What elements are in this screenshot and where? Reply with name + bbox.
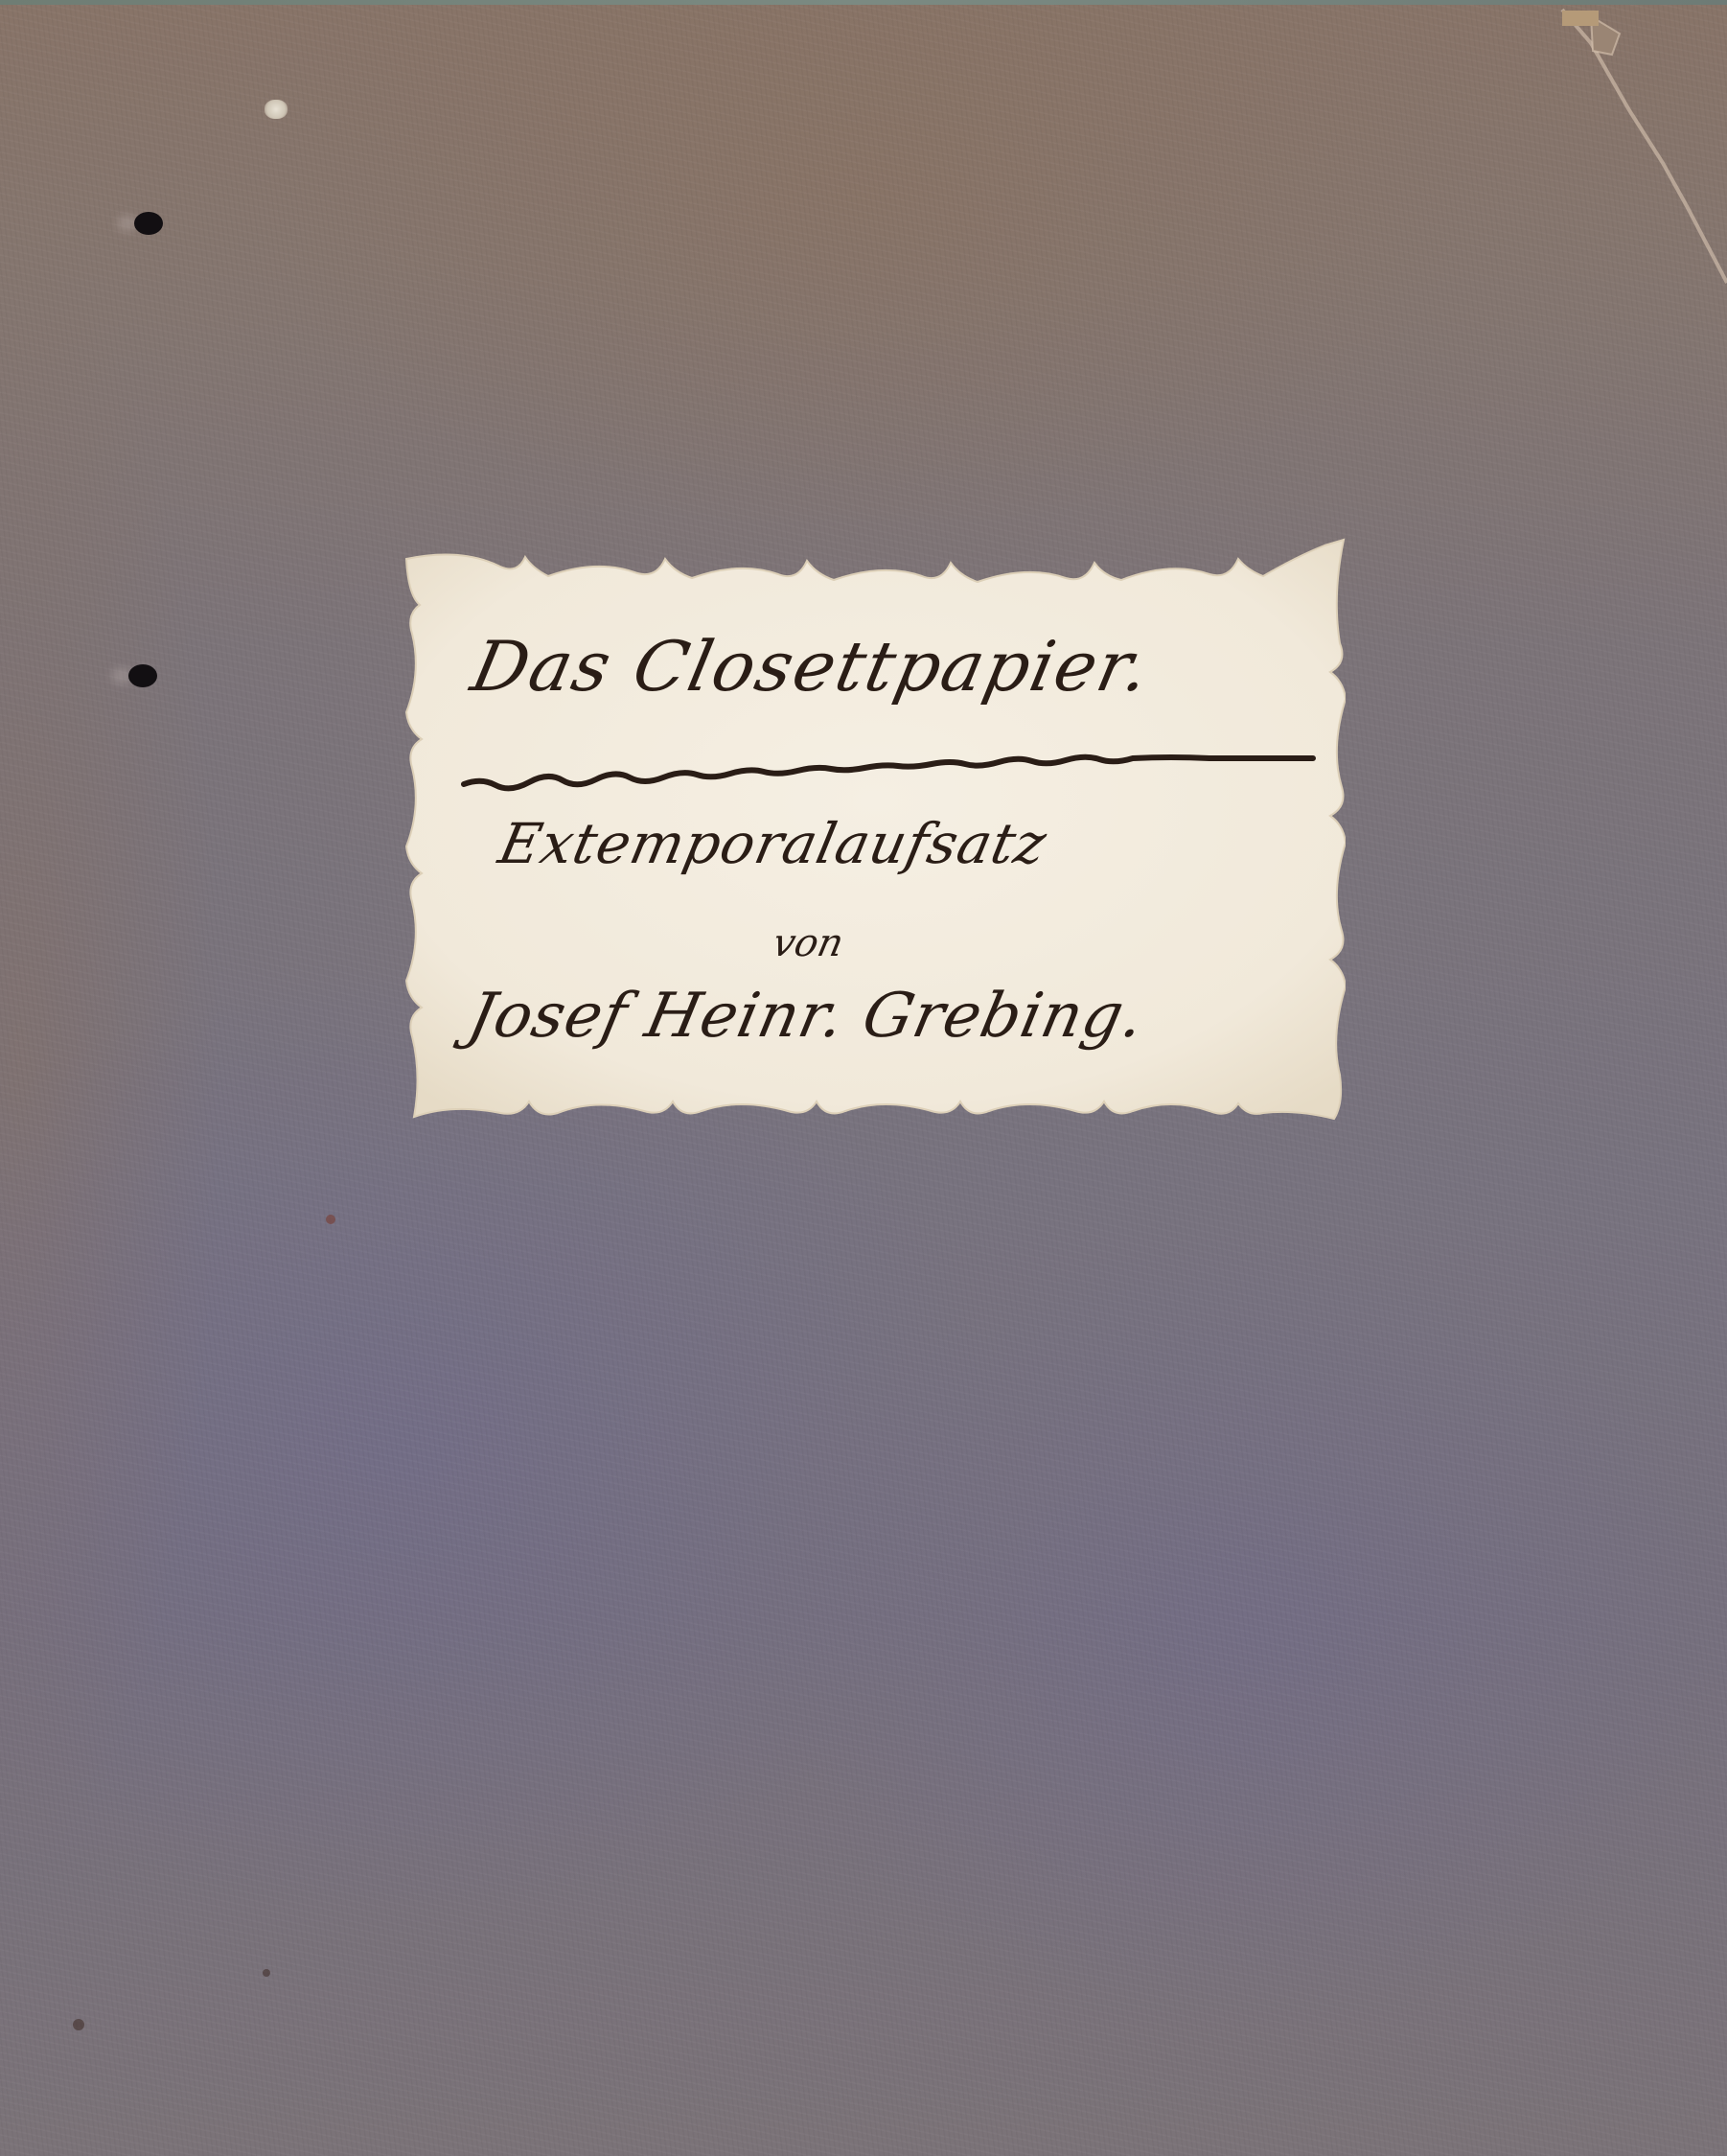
label-handwriting: Das Closettpapier. Extemporalaufsatz von… (404, 538, 1346, 1124)
notebook-cover: Das Closettpapier. Extemporalaufsatz von… (0, 5, 1727, 2156)
title-label: Das Closettpapier. Extemporalaufsatz von… (404, 538, 1346, 1124)
label-subtitle: Extemporalaufsatz (494, 811, 1053, 876)
stain-spot (326, 1215, 335, 1224)
label-title: Das Closettpapier. (465, 626, 1158, 707)
punch-hole-bottom (128, 664, 157, 687)
stain-spot (73, 2019, 84, 2030)
label-author: Josef Heinr. Grebing. (462, 981, 1151, 1052)
stain-spot (263, 1969, 270, 1977)
torn-spot (265, 100, 288, 119)
punch-hole-top (134, 212, 163, 235)
label-by: von (769, 921, 847, 965)
